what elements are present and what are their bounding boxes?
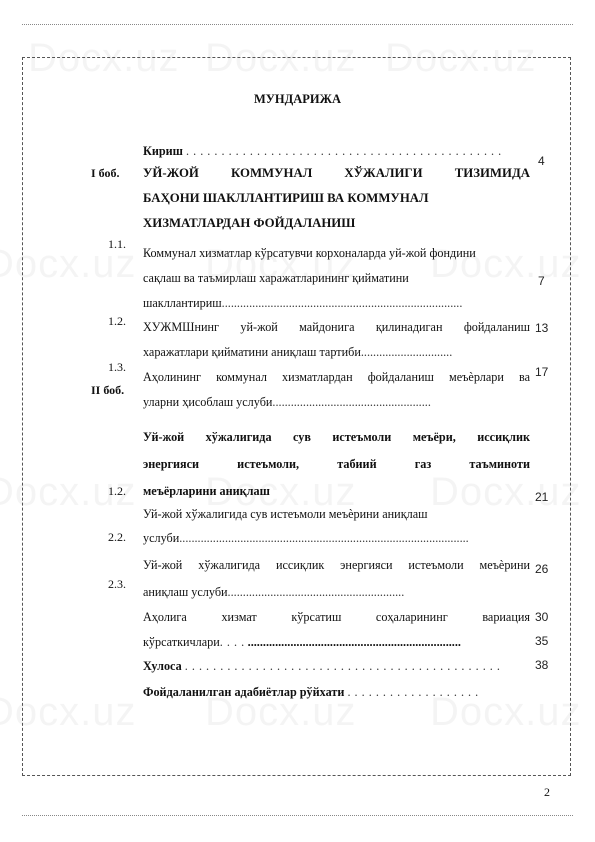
toc-entry-chapter-1-line-3[interactable]: ХИЗМАТЛАРДАН ФОЙДАЛАНИШ xyxy=(143,216,530,231)
section-1-2-label: 1.2. xyxy=(108,314,126,329)
page-number-footer: 2 xyxy=(544,785,550,800)
entry-title: шакллантириш xyxy=(143,296,222,310)
toc-entry-1-1-line-3[interactable]: шакллантириш............................… xyxy=(143,296,530,311)
toc-entry-2-3-line-2[interactable]: кўрсаткичлари. . . . ...................… xyxy=(143,635,530,650)
toc-entry-chapter-2-line-2[interactable]: энергияси истеъмоли, табиий газ таъминот… xyxy=(143,457,530,472)
leader-dots-bold: ........................................… xyxy=(248,635,461,649)
leader-dots: ........................................… xyxy=(222,296,463,310)
leader-dots: . . . . . . . . . . . . . . . . . . . xyxy=(347,685,478,699)
section-2-2-label: 2.2. xyxy=(108,530,126,545)
entry-title: уларни ҳисоблаш услуби xyxy=(143,395,272,409)
page-number-1-2: 13 xyxy=(535,321,548,335)
footer-rule xyxy=(22,815,573,816)
chapter-2-label: II боб. xyxy=(91,383,124,398)
entry-title: услуби xyxy=(143,531,179,545)
toc-entry-2-1-line-2[interactable]: услуби..................................… xyxy=(143,531,530,546)
leader-dots: ........................................… xyxy=(179,531,468,545)
header-rule xyxy=(22,24,573,25)
leader-dots: . . . . xyxy=(220,635,245,649)
toc-entry-1-3-line-1[interactable]: Аҳолининг коммунал хизматлардан фойдалан… xyxy=(143,370,530,385)
page-number-2-2: 26 xyxy=(535,562,548,576)
toc-title: МУНДАРИЖА xyxy=(0,92,595,107)
entry-title: кўрсаткичлари xyxy=(143,635,220,649)
page-number-2-1: 21 xyxy=(535,490,548,504)
entry-title: харажатлари қийматини аниқлаш тартиби xyxy=(143,345,361,359)
toc-entry-chapter-2-line-1[interactable]: Уй-жой хўжалигида сув истеъмоли меъёри, … xyxy=(143,430,530,445)
page-number-references: 38 xyxy=(535,658,548,672)
page-number-1-3: 17 xyxy=(535,365,548,379)
section-2-3-label: 2.3. xyxy=(108,577,126,592)
entry-title: Кириш xyxy=(143,144,183,158)
leader-dots: ........................................… xyxy=(272,395,430,409)
entry-title: Фойдаланилган адабиётлар рўйхати xyxy=(143,685,344,699)
section-2-1-label: 1.2. xyxy=(108,484,126,499)
toc-entry-chapter-1-line-2[interactable]: БАҲОНИ ШАКЛЛАНТИРИШ ВА КОММУНАЛ xyxy=(143,191,530,206)
section-1-3-label: 1.3. xyxy=(108,360,126,375)
toc-entry-2-3-line-1[interactable]: Аҳолига хизмат кўрсатиш соҳаларининг вар… xyxy=(143,610,530,625)
toc-entry-conclusion[interactable]: Хулоса . . . . . . . . . . . . . . . . .… xyxy=(143,659,530,674)
toc-entry-1-2-line-1[interactable]: ХУЖМШнинг уй-жой майдонига қилинадиган ф… xyxy=(143,320,530,335)
toc-entry-1-3-line-2[interactable]: уларни ҳисоблаш услуби..................… xyxy=(143,395,530,410)
toc-entry-references[interactable]: Фойдаланилган адабиётлар рўйхати . . . .… xyxy=(143,685,530,700)
page-number-1-1: 7 xyxy=(538,274,545,288)
toc-entry-1-1-line-1[interactable]: Коммунал хизматлар кўрсатувчи корхоналар… xyxy=(143,246,530,261)
section-1-1-label: 1.1. xyxy=(108,237,126,252)
page-number-conclusion: 35 xyxy=(535,634,548,648)
toc-entry-2-1-line-1[interactable]: Уй-жой хўжалигида сув истеъмоли меъѐрини… xyxy=(143,507,530,522)
entry-title: аниқлаш услуби xyxy=(143,585,228,599)
chapter-1-label: I боб. xyxy=(91,166,120,181)
toc-entry-2-2-line-2[interactable]: аниқлаш услуби..........................… xyxy=(143,585,530,600)
page-number-2-3: 30 xyxy=(535,610,548,624)
toc-entry-1-1-line-2[interactable]: сақлаш ва таъмирлаш харажатларининг қийм… xyxy=(143,271,530,286)
leader-dots: ........................................… xyxy=(228,585,405,599)
toc-entry-2-2-line-1[interactable]: Уй-жой хўжалигида иссиқлик энергияси ист… xyxy=(143,558,530,573)
entry-title: Хулоса xyxy=(143,659,182,673)
toc-entry-1-2-line-2[interactable]: харажатлари қийматини аниқлаш тартиби...… xyxy=(143,345,530,360)
leader-dots: . . . . . . . . . . . . . . . . . . . . … xyxy=(185,659,501,673)
toc-entry-introduction[interactable]: Кириш . . . . . . . . . . . . . . . . . … xyxy=(143,144,530,159)
toc-entry-chapter-2-line-3[interactable]: меъёрларини аниқлаш xyxy=(143,484,530,499)
toc-entry-chapter-1-line-1[interactable]: УЙ-ЖОЙ КОММУНАЛ ХЎЖАЛИГИ ТИЗИМИДА xyxy=(143,166,530,181)
leader-dots: . . . . . . . . . . . . . . . . . . . . … xyxy=(186,144,502,158)
page-number-introduction: 4 xyxy=(538,154,545,168)
leader-dots: .............................. xyxy=(361,345,452,359)
